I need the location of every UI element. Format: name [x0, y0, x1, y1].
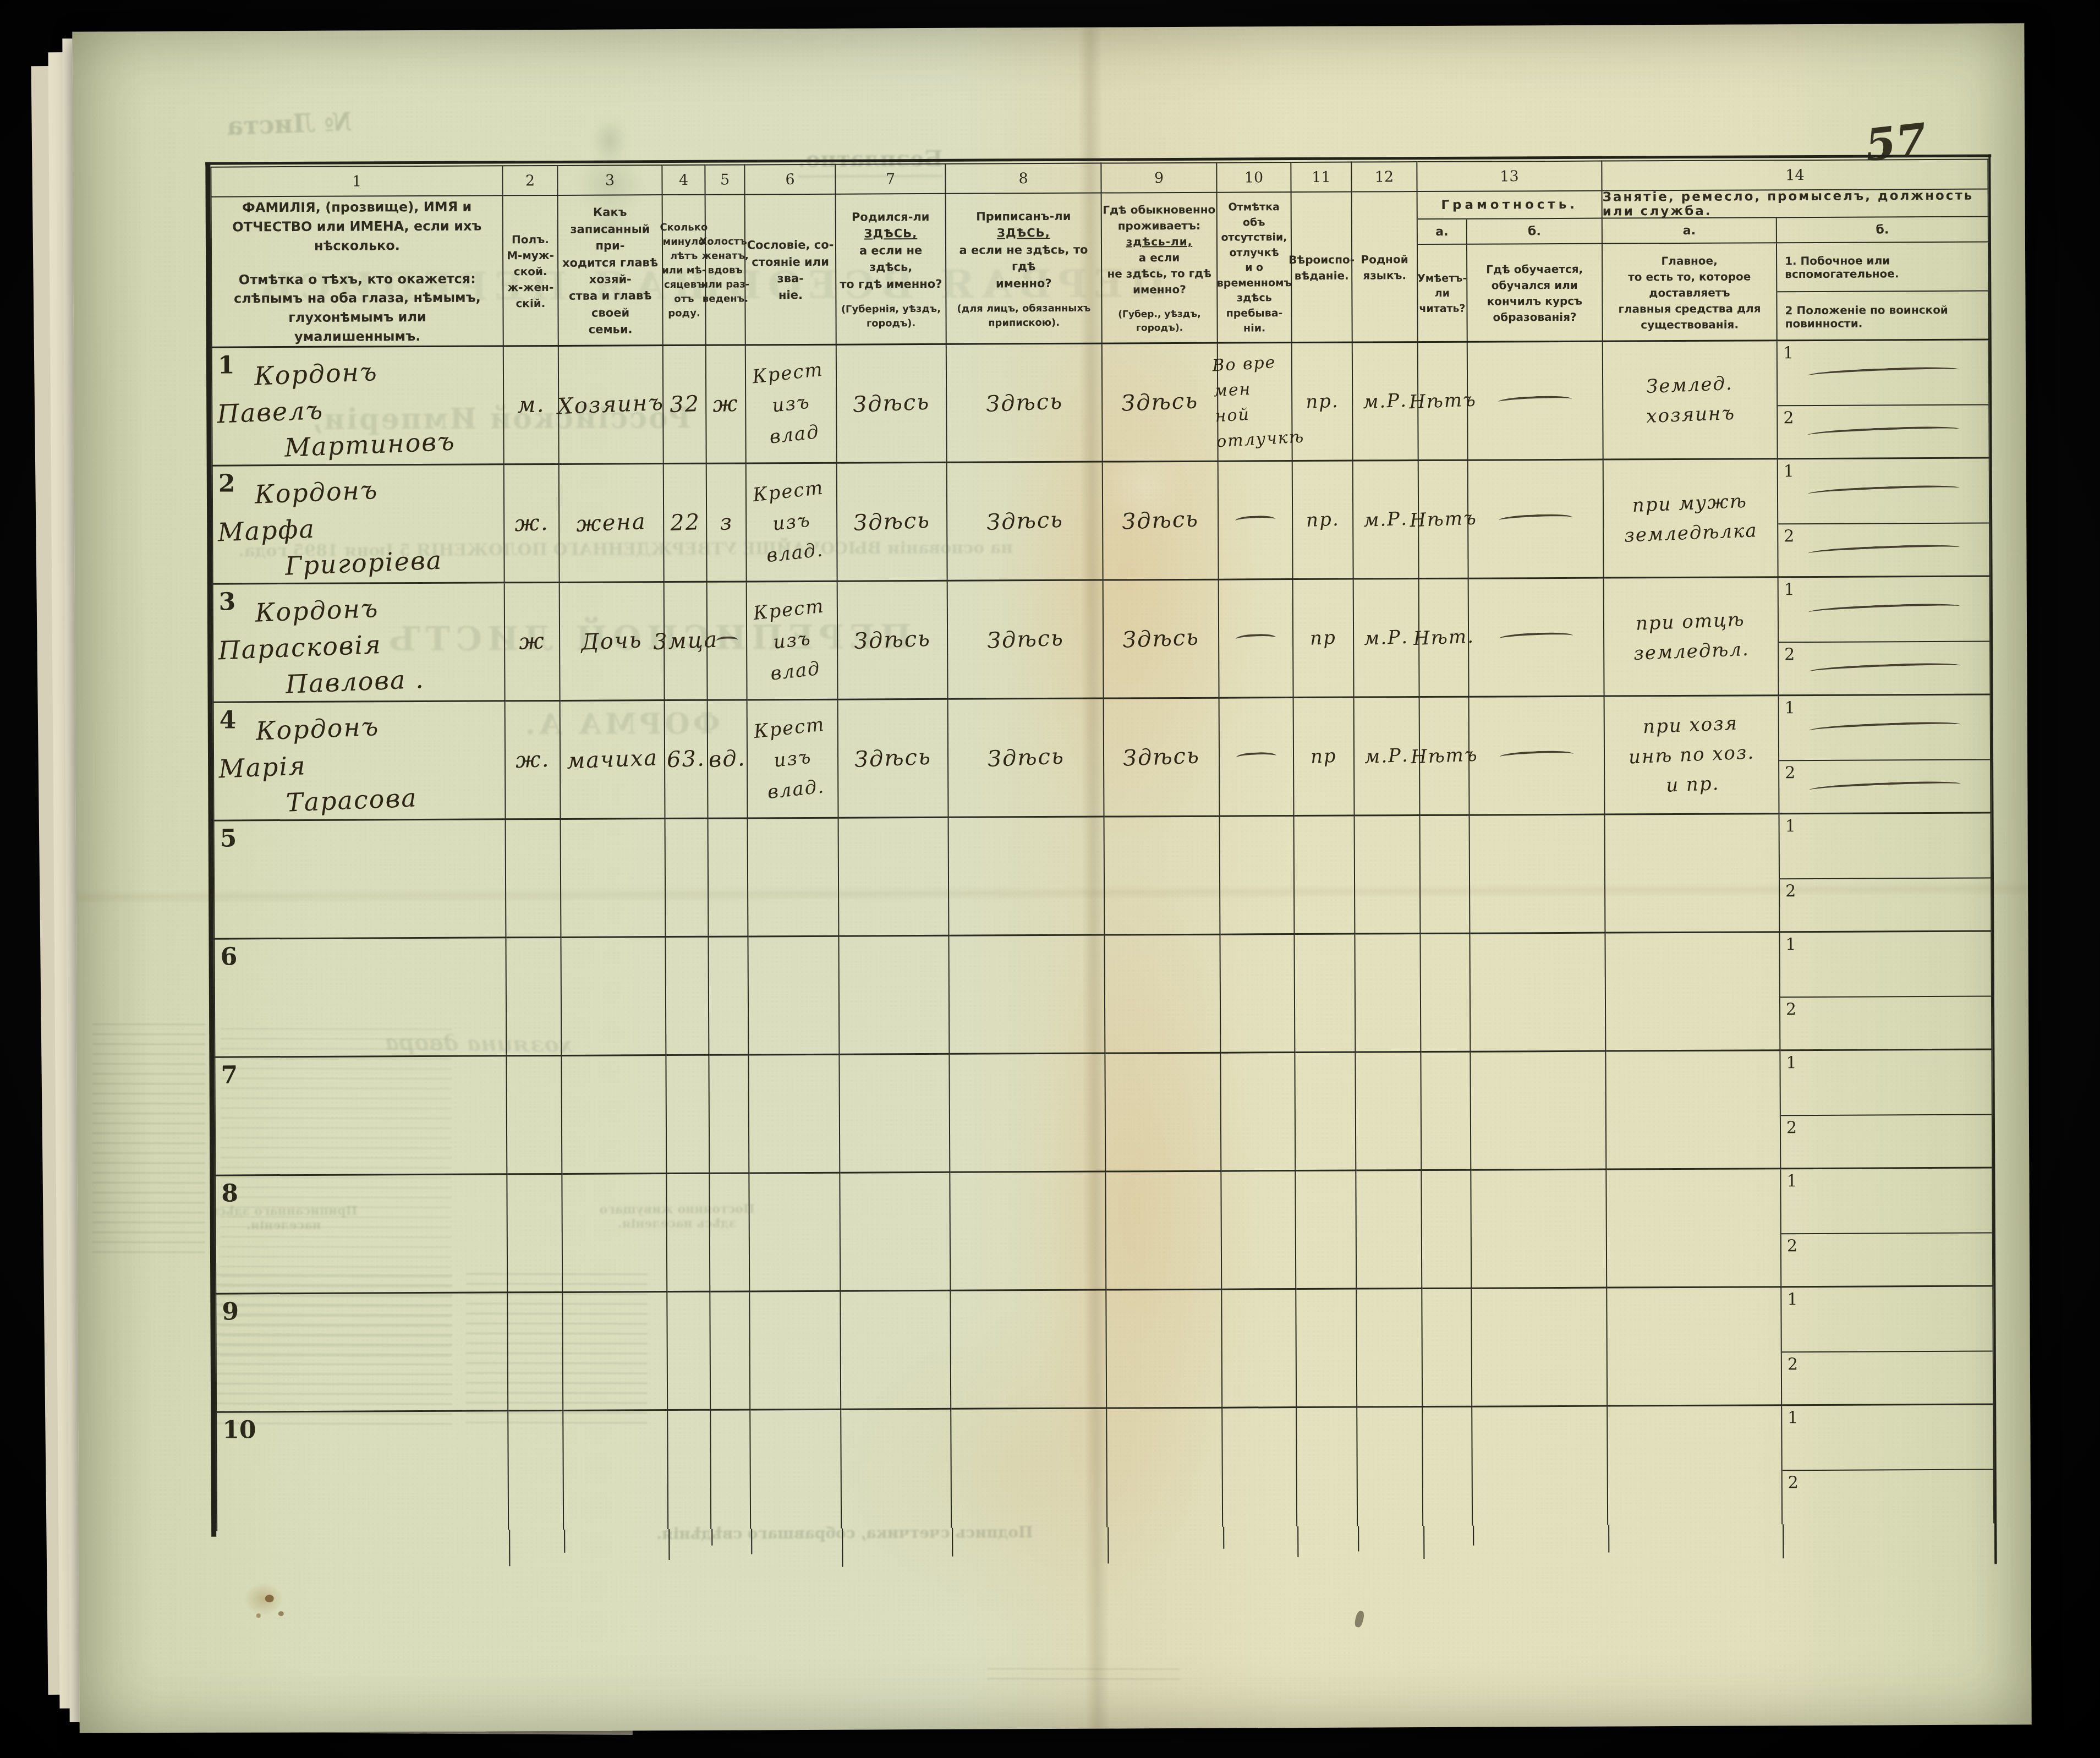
row-3-absence-cell [1219, 580, 1294, 699]
row-10-name-cell: 10 [216, 1411, 509, 1531]
row-2-marital-cell: з [707, 464, 747, 582]
row-2-sex-cell: ж. [505, 465, 560, 583]
row-6-side-sub2: 2 [1780, 997, 1991, 1050]
row-7-language-cell [1356, 1053, 1422, 1171]
column-number-10: 10 [1217, 162, 1291, 193]
row-3-side-cell: 1 2 [1779, 577, 1991, 697]
row-10-sex-cell [508, 1411, 564, 1530]
row-number: 9 [222, 1297, 239, 1326]
row-number: 8 [221, 1179, 238, 1207]
header-occupation-b-label: б. [1777, 217, 1989, 244]
handwritten-entry: Нѣтъ [1410, 743, 1478, 768]
header-marital-column: Холостъ, женатъ, вдовъ или раз- веденъ. [706, 195, 746, 346]
handwritten-occupation: при хозяинѣ по хоз.и пр. [1627, 708, 1756, 802]
column-number-7: 7 [836, 163, 946, 195]
column-line-stub [1423, 1526, 1424, 1559]
handwritten-estate: Крестизъвлад [752, 591, 832, 691]
handwritten-entry: Здѣсь [985, 388, 1063, 417]
row-10-born-cell [841, 1410, 952, 1529]
row-2-religion-cell: пр. [1293, 462, 1354, 580]
row-7-occupation-cell [1606, 1051, 1781, 1170]
row-3-side-sub2: 2 [1779, 642, 1989, 695]
handwritten-occupation: при мужѣземледѣлка [1622, 486, 1758, 550]
column-line-stub [842, 1529, 843, 1567]
row-5-estate-cell [748, 819, 840, 938]
ghost-sheet-no-label: № Листа [226, 107, 352, 141]
handwritten-dash [1236, 752, 1277, 762]
row-number: 7 [221, 1061, 238, 1089]
row-7-born-cell [840, 1055, 950, 1174]
handwritten-entry: 32 [669, 391, 700, 418]
row-10-relation-cell [563, 1411, 668, 1530]
row-5-born-cell [839, 818, 950, 937]
row-9-registered-cell [951, 1291, 1107, 1410]
row-2-name-cell: 2КордонъМарфаГригоріева [212, 465, 505, 584]
column-line-stub [1608, 1525, 1609, 1553]
header-occupation-a-label: а. [1603, 218, 1777, 244]
handwritten-entry: Здѣсь [854, 744, 931, 773]
row-4-marital-cell: вд. [708, 700, 748, 819]
handwritten-absence: Во временнойотлучкѣ [1204, 349, 1306, 456]
row-1-sex-cell: м. [504, 347, 560, 465]
row-1-occupation-cell: Землед.хозяинъ [1603, 341, 1778, 460]
header-born-column-note: (Губернія, уѣздъ, городъ). [836, 302, 945, 331]
row-10-estate-cell [750, 1410, 842, 1529]
ghost-paragraph-block [987, 1668, 1180, 1688]
row-9-side-cell: 1 2 [1781, 1287, 1994, 1406]
row-10-age-cell [668, 1411, 711, 1529]
row-8-literacy-cell [1422, 1171, 1472, 1289]
sub-row-label: 2 [1788, 1473, 1799, 1492]
handwritten-name: КордонъПарасковіяПавлова . [211, 578, 506, 705]
sub-row-label: 1 [1784, 580, 1795, 599]
row-3-registered-cell: Здѣсь [948, 581, 1104, 700]
row-4-relation-cell: мачиха [561, 701, 666, 820]
handwritten-entry: Здѣсь [986, 625, 1064, 653]
row-1-religion-cell: пр. [1292, 343, 1353, 462]
row-4-literacy-cell: Нѣтъ [1420, 698, 1470, 816]
row-8-occupation-cell [1606, 1169, 1781, 1288]
handwritten-entry: з [719, 510, 733, 535]
handwritten-dash [716, 636, 738, 645]
row-10-side-cell: 1 2 [1782, 1405, 1994, 1525]
row-4-resides-cell: Здѣсь [1104, 699, 1220, 818]
row-8-sex-cell [507, 1175, 563, 1293]
handwritten-entry: Нѣтъ [1409, 507, 1477, 532]
header-registered-column-post: а если не здѣсь, то гдѣ именно? [946, 242, 1101, 293]
row-6-resides-cell [1105, 935, 1221, 1054]
sub-row-label: 1 [1786, 1171, 1797, 1191]
row-2-occupation-cell: при мужѣземледѣлка [1604, 459, 1779, 578]
sub-row-label: 1 [1787, 1290, 1797, 1309]
handwritten-entry: вд. [708, 746, 746, 773]
handwritten-dash [1500, 750, 1574, 762]
column-number-13: 13 [1417, 161, 1602, 192]
row-5-religion-cell [1295, 817, 1356, 935]
row-3-estate-cell: Крестизъвлад [747, 582, 838, 701]
handwritten-entry: пр. [1306, 508, 1340, 532]
row-1-age-cell: 32 [664, 346, 707, 464]
row-7-side-cell: 1 2 [1780, 1050, 1993, 1170]
header-residence-column-pre: Гдѣ обыкновенно проживаетъ: [1103, 202, 1215, 234]
row-4-registered-cell: Здѣсь [948, 699, 1105, 818]
handwritten-entry: пр [1310, 745, 1337, 768]
header-occupation-group: Занятіе, ремесло, промыселъ, должность и… [1603, 190, 1989, 219]
row-3-occupation-cell: при отцѣземледѣл. [1604, 578, 1779, 697]
row-4-side-sub1: 1 [1779, 695, 1991, 762]
header-religion-column: Вѣроиспо- вѣданіе. [1292, 193, 1353, 343]
row-6-education-cell [1470, 934, 1606, 1053]
row-10-absence-cell [1222, 1408, 1297, 1527]
row-10-religion-cell [1297, 1408, 1358, 1526]
row-6-side-cell: 1 2 [1780, 932, 1992, 1051]
row-7-estate-cell [749, 1055, 840, 1174]
handwritten-estate: Крестизъвлад. [752, 709, 833, 809]
row-1-relation-cell: Хозяинъ [559, 346, 664, 465]
row-6-marital-cell [709, 937, 749, 1055]
column-line-stub [751, 1529, 752, 1554]
handwritten-entry: ж [518, 628, 545, 655]
row-5-side-cell: 1 2 [1780, 814, 1992, 933]
row-9-religion-cell [1296, 1290, 1357, 1408]
header-literacy-b-label: б. [1467, 219, 1603, 245]
row-9-name-cell: 9 [215, 1293, 508, 1412]
row-5-side-sub1: 1 [1780, 814, 1991, 880]
row-3-language-cell: м.Р. [1354, 579, 1420, 698]
row-7-absence-cell [1221, 1053, 1296, 1172]
row-10-resides-cell [1107, 1409, 1223, 1527]
row-2-education-cell [1468, 461, 1604, 579]
row-4-religion-cell: пр [1294, 698, 1355, 817]
sub-row-label: 2 [1783, 408, 1794, 428]
handwritten-entry: Здѣсь [1121, 506, 1199, 534]
handwritten-entry: ж. [515, 747, 550, 773]
row-9-sex-cell [508, 1293, 563, 1411]
sub-row-label: 1 [1786, 1053, 1796, 1072]
row-3-age-cell: 3мца [665, 583, 708, 701]
row-7-registered-cell [950, 1054, 1106, 1173]
row-8-religion-cell [1296, 1171, 1357, 1290]
row-1-born-cell: Здѣсь [837, 345, 947, 464]
row-2-age-cell: 22 [664, 464, 708, 583]
header-born-column-emph: ЗДѢСЬ, [864, 226, 917, 243]
handwritten-entry: пр [1309, 627, 1336, 650]
header-born-column-post: а если не здѣсь, то гдѣ именно? [836, 242, 945, 293]
handwritten-entry: пр. [1305, 390, 1339, 413]
column-line-stub [1358, 1526, 1359, 1552]
row-3-education-cell [1469, 579, 1605, 698]
row-7-age-cell [666, 1056, 710, 1174]
handwritten-entry: м. [517, 392, 545, 418]
column-number-9: 9 [1101, 162, 1217, 194]
row-10-marital-cell [711, 1410, 751, 1529]
row-4-absence-cell [1220, 698, 1295, 817]
header-relation-column: Какъ записанный при- ходится главѣ хозяй… [558, 195, 664, 347]
stain [244, 1582, 283, 1615]
row-1-estate-cell: Крестизъвлад [746, 346, 837, 464]
row-4-occupation-cell: при хозяинѣ по хоз.и пр. [1605, 696, 1780, 815]
column-line-stub [1297, 1526, 1298, 1557]
row-4-sex-cell: ж. [506, 702, 561, 820]
row-3-resides-cell: Здѣсь [1104, 580, 1220, 699]
census-sheet-paper: № Листа Безплатно. ПЕРВАЯ ВСЕОБЩАЯ ПЕРЕП… [72, 23, 2031, 1733]
row-9-education-cell [1472, 1289, 1608, 1408]
row-8-education-cell [1471, 1170, 1607, 1289]
row-7-religion-cell [1295, 1053, 1356, 1171]
handwritten-entry: м.Р. [1364, 626, 1409, 650]
handwritten-entry: ж. [514, 510, 549, 536]
header-literacy-group: Грамотность. [1418, 191, 1603, 220]
row-8-marital-cell [710, 1174, 750, 1292]
row-8-name-cell: 8 [215, 1175, 508, 1294]
handwritten-entry: 63. [666, 746, 705, 773]
sub-row-label: 2 [1786, 1118, 1797, 1137]
row-8-side-sub2: 2 [1781, 1234, 1992, 1287]
header-side-item1: 1. Побочное или вспомогательное. [1777, 243, 1988, 293]
handwritten-dash [1807, 424, 1959, 439]
row-9-born-cell [841, 1291, 951, 1410]
row-9-age-cell [667, 1293, 711, 1411]
sub-row-label: 1 [1783, 343, 1794, 363]
row-7-resides-cell [1105, 1054, 1221, 1173]
handwritten-occupation: при отцѣземледѣл. [1632, 605, 1750, 669]
row-5-age-cell [666, 819, 709, 938]
row-1-side-cell: 1 2 [1778, 341, 1990, 460]
column-line-stub [1783, 1524, 1784, 1558]
row-2-relation-cell: жена [560, 464, 665, 583]
stain [256, 1613, 261, 1618]
row-5-name-cell: 5 [213, 820, 507, 939]
row-6-absence-cell [1220, 935, 1295, 1054]
row-8-estate-cell [749, 1174, 841, 1293]
handwritten-estate: Крестизъвлад. [751, 473, 832, 572]
row-4-estate-cell: Крестизъвлад. [748, 700, 839, 819]
handwritten-entry: ж [712, 391, 739, 418]
header-registered-column: Приписанъ-ли ЗДѢСЬ, а если не здѣсь, то … [946, 194, 1103, 345]
row-3-side-sub1: 1 [1779, 577, 1990, 643]
handwritten-entry: 22 [670, 510, 701, 536]
column-number-12: 12 [1352, 161, 1417, 193]
sub-row-label: 2 [1788, 1355, 1798, 1374]
row-9-side-sub1: 1 [1781, 1287, 1993, 1353]
header-absence-column: Отмѣтка объ отсутствіи, отлучкѣ и о врем… [1218, 193, 1292, 344]
row-3-marital-cell [708, 582, 748, 700]
header-main-occupation: Главное, то есть то, которое доставляетъ… [1603, 243, 1778, 342]
column-line-stub [1107, 1527, 1109, 1564]
handwritten-dash [1808, 543, 1960, 557]
row-2-side-sub1: 1 [1778, 459, 1989, 525]
row-2-side-sub2: 2 [1778, 524, 1989, 577]
sub-row-label: 2 [1785, 881, 1796, 901]
row-4-side-cell: 1 2 [1779, 695, 1992, 815]
row-6-language-cell [1355, 934, 1421, 1053]
sub-row-label: 2 [1786, 1000, 1796, 1019]
header-sex-column: Полъ. М-муж- ской. ж-жен- скій. [503, 196, 559, 347]
header-literacy-a-label: а. [1418, 220, 1467, 245]
row-6-estate-cell [748, 937, 840, 1056]
handwritten-entry: жена [576, 509, 647, 537]
handwritten-dash [1808, 602, 1960, 617]
column-line-stub [711, 1529, 712, 1546]
handwritten-occupation: Землед.хозяинъ [1644, 369, 1736, 431]
sub-row-label: 2 [1785, 763, 1795, 782]
row-7-name-cell: 7 [214, 1056, 507, 1176]
row-number: 10 [222, 1416, 256, 1444]
column-number-5: 5 [705, 164, 745, 195]
row-9-estate-cell [750, 1292, 841, 1411]
column-number-6: 6 [745, 164, 836, 195]
row-8-resides-cell [1106, 1172, 1222, 1291]
row-8-language-cell [1356, 1171, 1422, 1290]
row-5-registered-cell [949, 818, 1105, 936]
header-residence-column-post: а если не здѣсь, то гдѣ именно? [1107, 250, 1211, 298]
row-3-born-cell: Здѣсь [838, 582, 948, 700]
handwritten-entry: м.Р. [1364, 744, 1409, 768]
row-5-literacy-cell [1421, 816, 1471, 934]
header-registered-column-emph: ЗДѢСЬ, [997, 224, 1050, 242]
header-education-question: Гдѣ обучается, обучался или кончилъ курс… [1467, 244, 1603, 343]
row-7-education-cell [1471, 1052, 1606, 1171]
row-10-education-cell [1472, 1407, 1608, 1526]
column-line-stub [564, 1530, 565, 1553]
header-residence-column-note: (Губер., уѣздъ, городъ). [1102, 308, 1216, 335]
handwritten-entry: Здѣсь [853, 390, 930, 418]
header-side-item2: 2 Положеніе по воинской повинности. [1777, 292, 1988, 342]
row-1-side-sub2: 2 [1778, 406, 1988, 459]
row-2-side-cell: 1 2 [1778, 459, 1991, 578]
row-3-name-cell: 3КордонъПарасковіяПавлова . [212, 583, 506, 703]
header-born-column: Родился-ли ЗДѢСЬ, а если не здѣсь, то гд… [836, 194, 947, 346]
handwritten-dash [1498, 395, 1572, 407]
sub-row-label: 1 [1785, 935, 1796, 954]
row-9-occupation-cell [1607, 1288, 1782, 1406]
row-4-side-sub2: 2 [1779, 760, 1990, 814]
column-number-14: 14 [1602, 159, 1988, 191]
row-1-education-cell [1468, 342, 1604, 461]
column-line-stub [1223, 1527, 1224, 1549]
row-2-resides-cell: Здѣсь [1103, 462, 1219, 581]
row-1-name-cell: 1КордонъПавелъМартиновъ [211, 347, 505, 466]
column-line-stub [1994, 1524, 1997, 1564]
row-3-relation-cell: Дочь [560, 583, 665, 702]
sub-row-label: 1 [1788, 1408, 1798, 1427]
column-line-stub [668, 1529, 670, 1560]
row-7-relation-cell [562, 1056, 667, 1175]
handwritten-entry: Хозяинъ [557, 390, 665, 420]
header-estate-column: Сословіе, со- стояніе или зва- ніе. [745, 195, 837, 346]
column-number-8: 8 [946, 163, 1101, 194]
handwritten-dash [1807, 484, 1959, 499]
row-9-absence-cell [1222, 1290, 1297, 1409]
row-5-language-cell [1355, 816, 1421, 935]
handwritten-entry: Здѣсь [1122, 625, 1199, 653]
row-9-resides-cell [1106, 1290, 1222, 1409]
row-10-language-cell [1357, 1408, 1423, 1526]
handwritten-name: КордонъМаріяТарасова [212, 697, 507, 824]
row-10-registered-cell [951, 1409, 1107, 1528]
row-5-education-cell [1470, 815, 1606, 934]
row-number: 6 [220, 943, 237, 971]
header-side-occupation: 1. Побочное или вспомогательное. 2 Полож… [1777, 243, 1989, 342]
row-8-side-sub1: 1 [1781, 1169, 1992, 1235]
row-1-side-sub1: 1 [1778, 341, 1989, 407]
row-2-born-cell: Здѣсь [837, 463, 948, 582]
row-5-relation-cell [561, 819, 666, 938]
row-number: 5 [220, 824, 237, 852]
row-4-born-cell: Здѣсь [838, 700, 949, 819]
handwritten-entry: м.Р. [1363, 390, 1408, 413]
handwritten-entry: Здѣсь [987, 743, 1065, 771]
row-7-side-sub1: 1 [1780, 1050, 1992, 1116]
handwritten-dash [1499, 513, 1573, 525]
ghost-paragraph-block [92, 1019, 205, 1262]
handwritten-entry: Здѣсь [1121, 388, 1199, 416]
column-line-stub [952, 1528, 953, 1557]
row-2-literacy-cell: Нѣтъ [1419, 461, 1469, 579]
row-2-estate-cell: Крестизъвлад. [747, 464, 838, 583]
header-name-line2: Отмѣтка о тѣхъ, кто окажется: слѣпымъ на… [226, 269, 489, 347]
row-6-side-sub1: 1 [1780, 932, 1991, 998]
row-6-name-cell: 6 [213, 938, 507, 1058]
sub-row-label: 1 [1785, 698, 1795, 718]
sub-row-label: 1 [1784, 462, 1794, 481]
sub-row-label: 1 [1785, 817, 1796, 836]
row-7-side-sub2: 2 [1781, 1115, 1992, 1169]
handwritten-entry: Здѣсь [853, 508, 930, 536]
header-born-column-pre: Родился-ли [852, 209, 930, 226]
row-4-age-cell: 63. [665, 701, 709, 819]
row-5-marital-cell [709, 819, 749, 937]
handwritten-name: КордонъМарфаГригоріева [211, 460, 506, 587]
handwritten-entry: мачиха [566, 745, 659, 774]
row-1-registered-cell: Здѣсь [947, 344, 1103, 463]
handwritten-dash [1808, 720, 1960, 735]
row-8-born-cell [840, 1173, 951, 1292]
row-9-literacy-cell [1422, 1289, 1472, 1408]
pen-mark [1354, 1610, 1366, 1628]
row-8-absence-cell [1221, 1171, 1296, 1290]
row-3-literacy-cell: Нѣт. [1419, 579, 1470, 698]
row-6-sex-cell [506, 938, 562, 1056]
handwritten-entry: Нѣт. [1413, 626, 1474, 650]
row-1-absence-cell: Во временнойотлучкѣ [1218, 343, 1293, 462]
census-table: 1234567891011121314ФАМИЛІЯ, (прозвище), … [210, 159, 1988, 167]
row-1-literacy-cell: Нѣтъ [1418, 343, 1468, 461]
header-residence-column: Гдѣ обыкновенно проживаетъ: здѣсь-ли, а … [1102, 193, 1218, 344]
row-8-side-cell: 1 2 [1781, 1169, 1993, 1288]
row-9-side-sub2: 2 [1782, 1352, 1993, 1405]
column-number-4: 4 [662, 165, 705, 195]
row-9-marital-cell [710, 1292, 750, 1410]
column-number-11: 11 [1291, 162, 1352, 193]
row-10-occupation-cell [1608, 1406, 1783, 1525]
row-5-resides-cell [1105, 817, 1221, 936]
header-name-line1: ФАМИЛІЯ, (прозвище), ИМЯ и ОТЧЕСТВО или … [226, 198, 488, 256]
handwritten-name: КордонъПавелъМартиновъ [210, 342, 505, 469]
row-6-born-cell [839, 936, 950, 1055]
row-8-registered-cell [950, 1173, 1106, 1291]
row-3-sex-cell: ж [505, 583, 561, 702]
row-6-age-cell [666, 938, 709, 1056]
column-line-stub [509, 1530, 510, 1566]
column-number-3: 3 [558, 165, 662, 196]
row-6-religion-cell [1295, 935, 1356, 1053]
row-6-occupation-cell [1605, 933, 1780, 1051]
handwritten-dash [1236, 633, 1276, 644]
handwritten-estate: Крестизъвлад [750, 354, 831, 454]
row-6-registered-cell [949, 936, 1105, 1055]
row-5-occupation-cell [1605, 814, 1780, 933]
